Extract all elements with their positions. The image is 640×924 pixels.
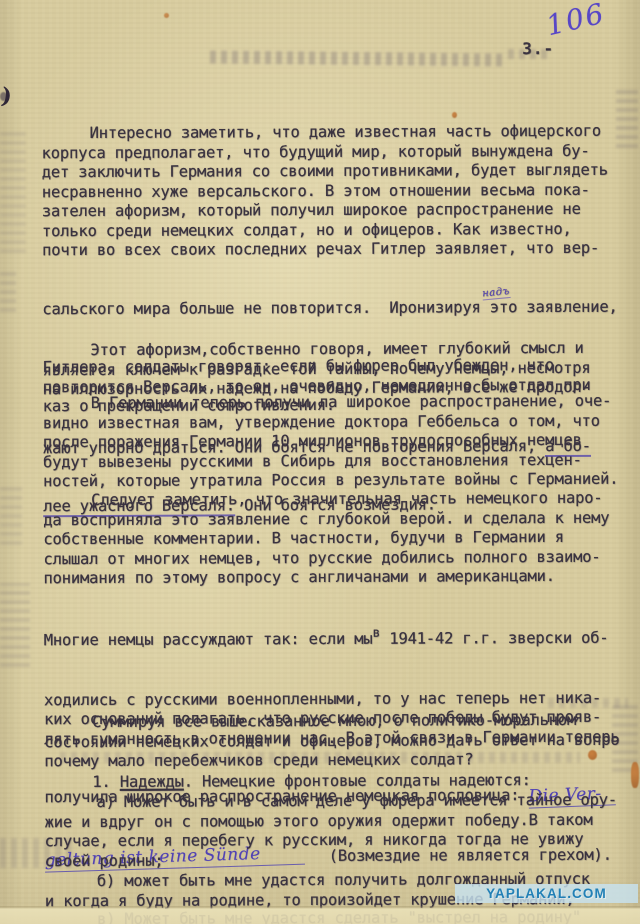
paragraph-6: Суммируя все вышесказанное мною, о полит… [44, 711, 640, 772]
watermark-text: YAPLAKAL.COM [486, 886, 607, 901]
list-number: 1. [92, 773, 119, 791]
list-title-underlined: Надежды [120, 773, 184, 791]
paragraph-4: Следует заметить, что значительная часть… [43, 489, 640, 589]
page-bottom-edge [0, 906, 640, 924]
typed-insertion-above-line: в [372, 624, 380, 644]
scanned-document-page: { "page": { "archive_number": "106", "pa… [0, 0, 640, 924]
paragraph-1-text: Интересно заметить, что даже известная ч… [42, 122, 640, 261]
line1-plain: Многие немцы рассуждают так: если мы [44, 630, 373, 649]
paragraph-3: В Германии теперь получи ла широкое расп… [43, 392, 640, 492]
line1-rest: 1941-42 г.г. зверски об- [380, 629, 608, 648]
list-item-a: а) Может быть и в самом деле у фюрера им… [44, 791, 640, 872]
list-header-rest: . Немецкие фронтовые солдаты надеются: [184, 771, 531, 791]
corner-pen-mark: ) [0, 83, 14, 110]
list-header: 1. Надежды. Немецкие фронтовые солдаты н… [44, 771, 640, 793]
watermark-banner: YAPLAKAL.COM [455, 884, 638, 903]
page-number: 3.- [522, 39, 554, 59]
handwritten-archive-number: 106 [543, 0, 608, 42]
handwritten-insertion: надъ [482, 286, 510, 299]
paragraph-5-line1: Многие немцы рассуждают так: если мыв 19… [44, 629, 640, 652]
paragraph-2-text: Этот афоризм,собственно говоря, имеет гл… [42, 339, 640, 400]
